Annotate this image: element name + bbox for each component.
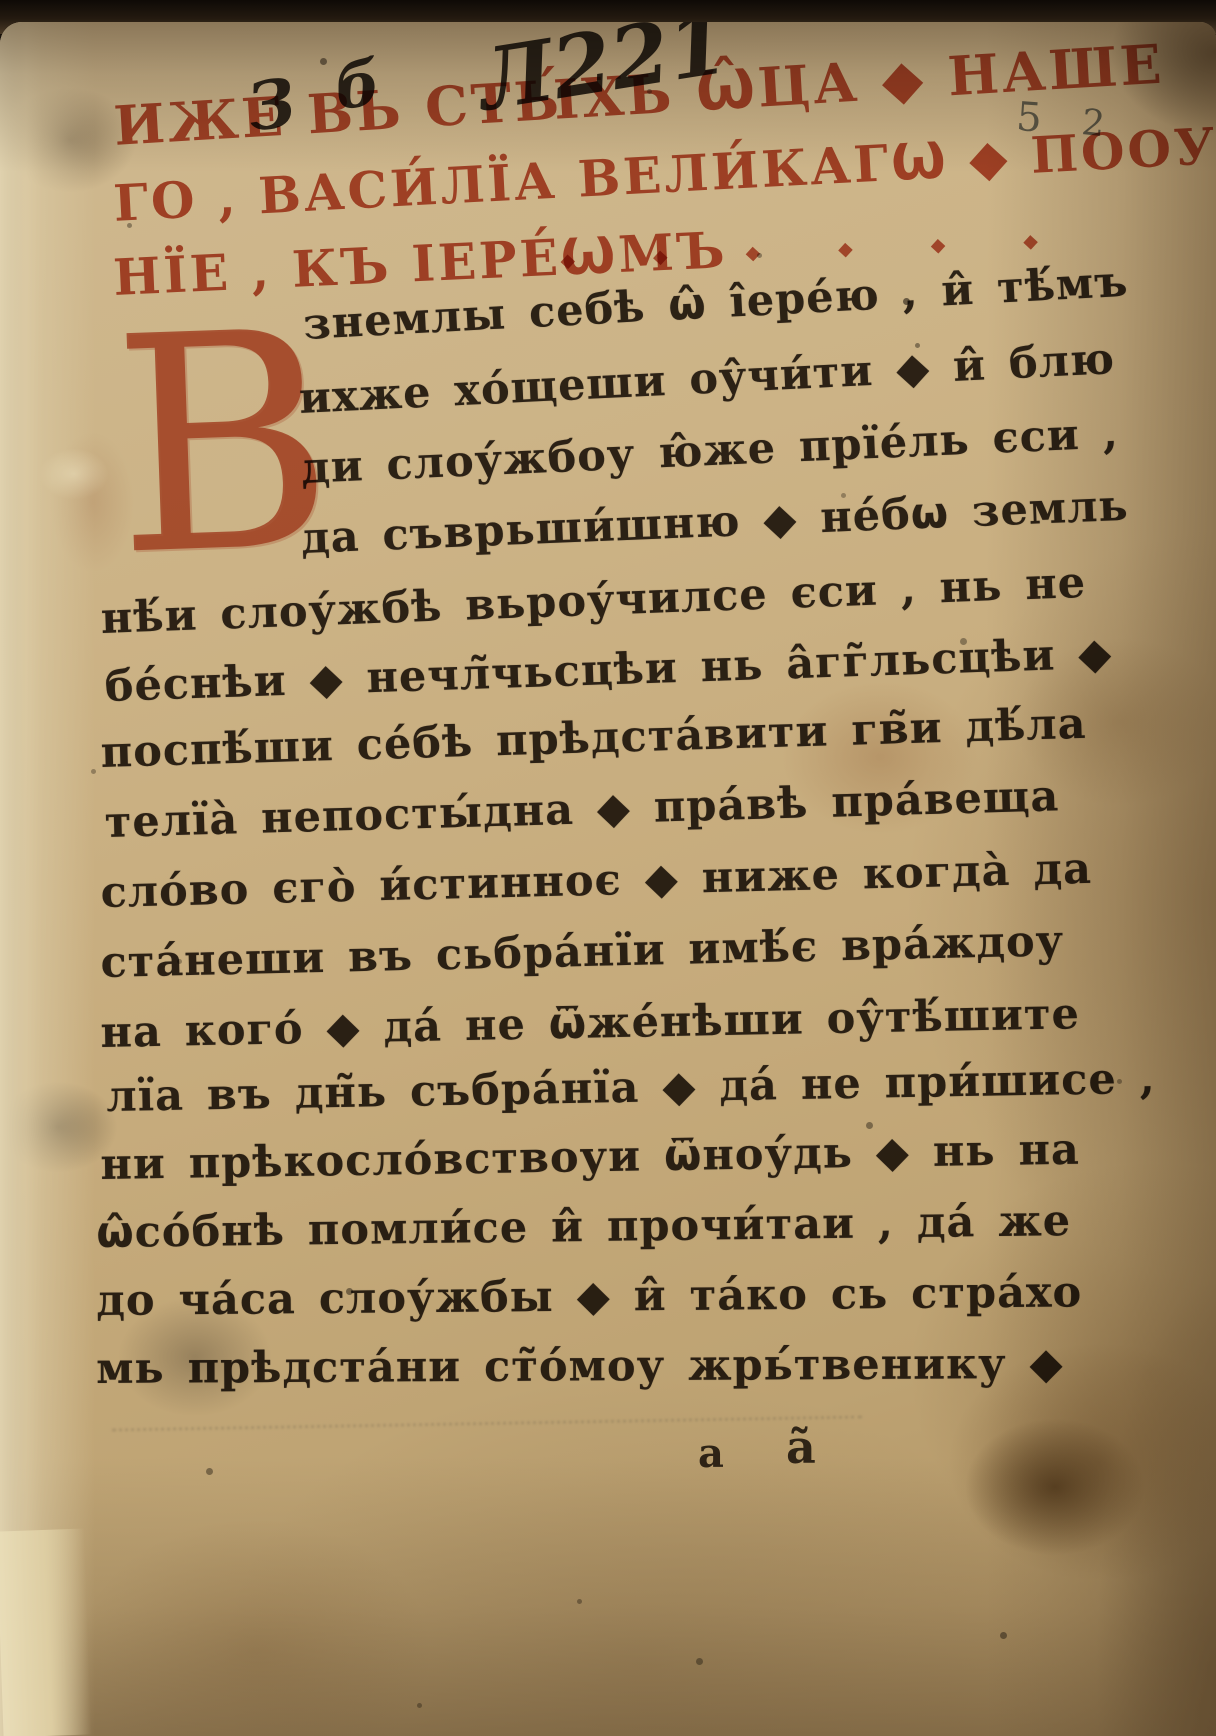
text-line-15: до ча́са слоу́жбы ◆ и̂ та́ко сь стра́хо — [96, 1267, 1082, 1326]
text-line-7: поспѣ́ши се́бѣ прѣдста́вити гв̃и дѣ́ла — [100, 699, 1087, 778]
signature-mark-left: а — [698, 1430, 724, 1477]
text-line-10: ста́неши въ сьбра́нїи имѣ́є вра́ждоу — [100, 916, 1065, 988]
text-line-14: ѡ̂со́бнѣ помли́се и̂ прочи́таи , да́ же — [96, 1196, 1071, 1258]
text-line-11: на кого́ ◆ да́ не ѿже́нѣши оу̂тѣ́шите — [100, 989, 1080, 1058]
text-line-16: мь прѣдста́ни ст̃о́моу жрь́твенику ◆ — [96, 1339, 1064, 1394]
text-line-13: ни прѣкосло́вствоуи ѿноу́дь ◆ нь на — [100, 1125, 1080, 1190]
text-line-6: бе́снѣи ◆ нечл̃чьсцѣи нь а̂гг̃льсцѣи ◆ — [104, 629, 1113, 712]
blind-impression-showthrough — [112, 1415, 862, 1431]
text-line-4: да съврьши́шню ◆ не́бѡ земль — [300, 481, 1130, 564]
text-line-2: ихже хо́щеши оу̂чи́ти ◆ и̂ блю — [298, 334, 1116, 424]
signature-mark-right: а̃ — [786, 1420, 816, 1474]
text-line-9: сло́во єго̀ и́стинноє ◆ ниже когда̀ да — [100, 844, 1092, 918]
underlying-page-edge — [0, 1529, 92, 1736]
manuscript-photo: З б Л221 5 2 ИЖЕ ВЬ СТЫ́ХЬ Ѡ̂ЦА ◆ НАШЕ Г… — [0, 0, 1216, 1736]
text-line-3: ди слоу́жбоу ю̂же прїе́ль єси , — [300, 408, 1120, 494]
text-line-12: лїа въ дн̃ь събра́нїа ◆ да́ не при́шисе … — [106, 1054, 1156, 1122]
text-line-8: телїа̀ непосты́дна ◆ пра́вѣ пра́веща — [104, 771, 1060, 848]
manuscript-page: З б Л221 5 2 ИЖЕ ВЬ СТЫ́ХЬ Ѡ̂ЦА ◆ НАШЕ Г… — [0, 22, 1216, 1736]
